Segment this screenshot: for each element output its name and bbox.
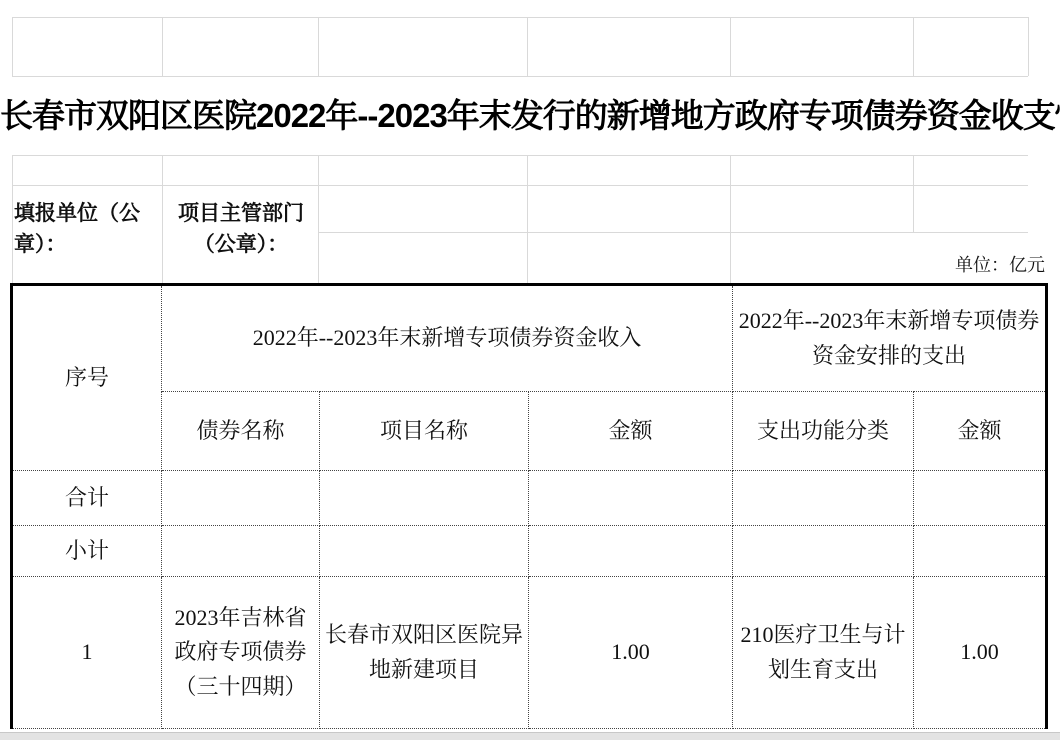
header-seq: 序号	[12, 285, 162, 471]
header-income-amount: 金额	[529, 392, 733, 471]
supervisor-dept-label: 项目主管部门（公章）：	[166, 198, 316, 260]
cell-subtotal-project-name	[320, 526, 529, 577]
gridline	[318, 17, 319, 76]
data-row-1: 1 2023年吉林省政府专项债券（三十四期） 长春市双阳区医院异地新建项目 1.…	[12, 577, 1047, 729]
gridline	[730, 155, 731, 283]
cell-total-expense-function	[733, 471, 914, 526]
gridline	[318, 155, 319, 283]
header-project-name: 项目名称	[320, 392, 529, 471]
subtotal-row: 小计	[12, 526, 1047, 577]
cell-row1-seq: 1	[12, 577, 162, 729]
gridline	[913, 155, 914, 232]
gridline	[730, 17, 731, 76]
cell-row1-expense-function: 210医疗卫生与计划生育支出	[733, 577, 914, 729]
gridline	[12, 17, 1028, 18]
gridline	[913, 17, 914, 76]
cell-total-expense-amount	[914, 471, 1047, 526]
gridline	[162, 17, 163, 76]
cell-subtotal-income-amount	[529, 526, 733, 577]
gridline	[12, 155, 13, 283]
cell-subtotal-bond-name	[162, 526, 320, 577]
header-expense-function: 支出功能分类	[733, 392, 914, 471]
gridline	[12, 185, 1028, 186]
header-bond-name: 债券名称	[162, 392, 320, 471]
gridline	[12, 155, 1028, 156]
cell-subtotal-expense-amount	[914, 526, 1047, 577]
header-expense-amount: 金额	[914, 392, 1047, 471]
spreadsheet-page: 长春市双阳区医院2022年--2023年末发行的新增地方政府专项债券资金收支情况…	[0, 0, 1060, 740]
cell-subtotal-expense-function	[733, 526, 914, 577]
cell-row1-income-amount: 1.00	[529, 577, 733, 729]
cell-total-label: 合计	[12, 471, 162, 526]
gridline	[12, 17, 13, 76]
cell-total-income-amount	[529, 471, 733, 526]
cell-subtotal-label: 小计	[12, 526, 162, 577]
cell-total-project-name	[320, 471, 529, 526]
page-title: 长春市双阳区医院2022年--2023年末发行的新增地方政府专项债券资金收支情况…	[0, 76, 1060, 155]
gridline	[162, 155, 163, 283]
total-row: 合计	[12, 471, 1047, 526]
cell-total-bond-name	[162, 471, 320, 526]
gridline	[527, 17, 528, 76]
group-header-row: 序号 2022年--2023年末新增专项债券资金收入 2022年--2023年末…	[12, 285, 1047, 392]
cell-row1-project-name: 长春市双阳区医院异地新建项目	[320, 577, 529, 729]
reporting-unit-label: 填报单位（公章）：	[14, 198, 160, 260]
gridline	[527, 155, 528, 283]
cell-row1-expense-amount: 1.00	[914, 577, 1047, 729]
header-expense-group: 2022年--2023年末新增专项债券资金安排的支出	[733, 285, 1047, 392]
sheet-bottom-edge	[0, 732, 1060, 740]
cell-row1-bond-name: 2023年吉林省政府专项债券（三十四期）	[162, 577, 320, 729]
column-header-row: 债券名称 项目名称 金额 支出功能分类 金额	[12, 392, 1047, 471]
gridline	[1028, 17, 1029, 76]
header-income-group: 2022年--2023年末新增专项债券资金收入	[162, 285, 733, 392]
unit-label: 单位：亿元	[885, 251, 1045, 277]
gridline	[318, 232, 1028, 233]
bond-funds-table: 序号 2022年--2023年末新增专项债券资金收入 2022年--2023年末…	[10, 283, 1048, 729]
